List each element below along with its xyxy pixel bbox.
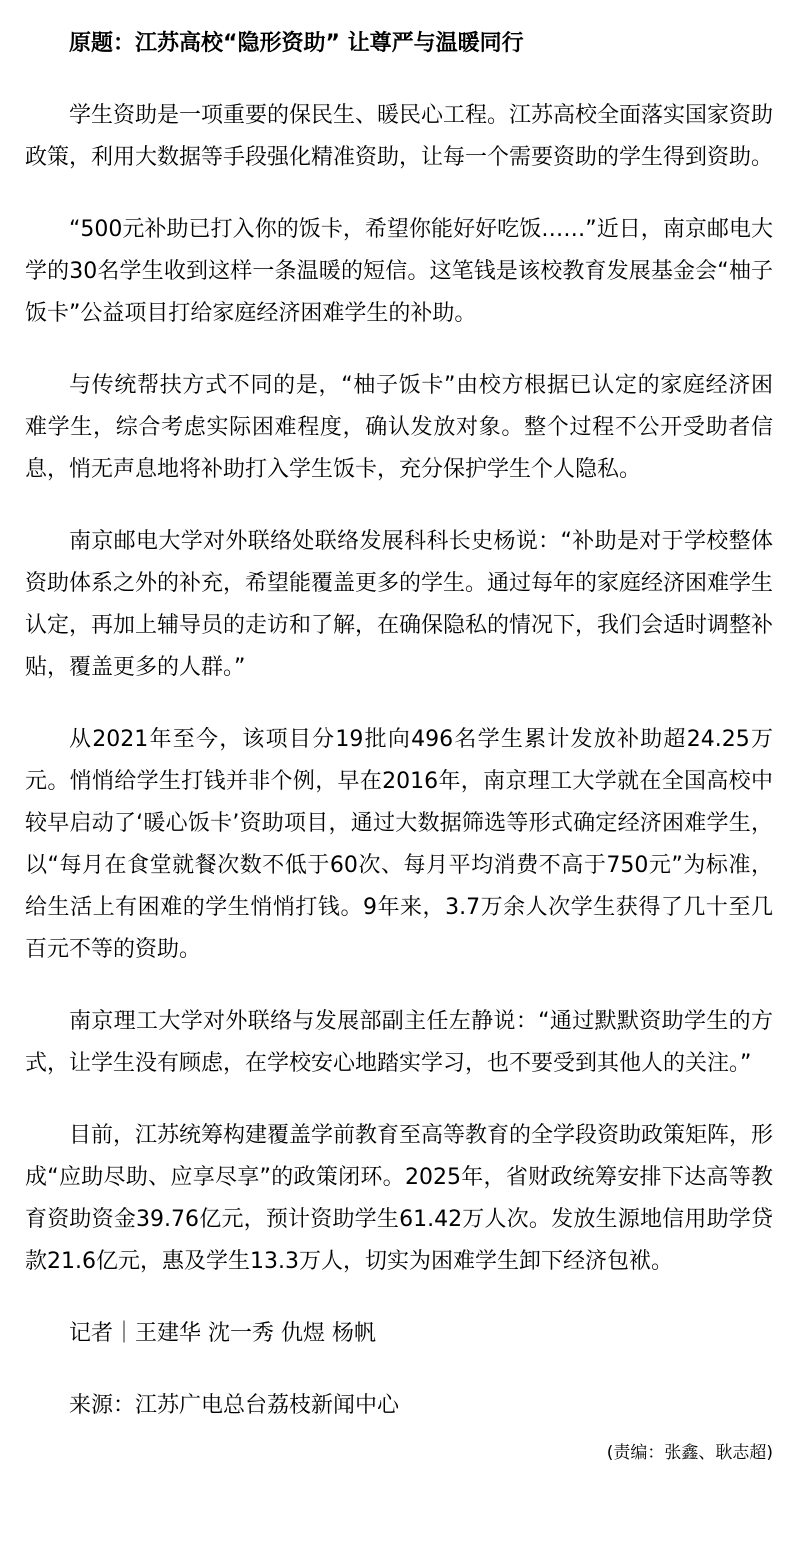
news-article: 原题：江苏高校“隐形资助” 让尊严与温暖同行 学生资助是一项重要的保民生、暖民心… [0,0,800,1465]
source-line: 来源：江苏广电总台荔枝新闻中心 [25,1385,773,1427]
article-paragraph: 目前，江苏统筹构建覆盖学前教育至高等教育的全学段资助政策矩阵，形成“应助尽助、应… [25,1115,773,1283]
editor-credit: (责编：张鑫、耿志超) [25,1441,773,1465]
article-title: 原题：江苏高校“隐形资助” 让尊严与温暖同行 [25,23,773,65]
article-paragraph: “500元补助已打入你的饭卡，希望你能好好吃饭……”近日，南京邮电大学的30名学… [25,209,773,335]
article-paragraph: 学生资助是一项重要的保民生、暖民心工程。江苏高校全面落实国家资助政策，利用大数据… [25,95,773,179]
reporter-byline: 记者｜王建华 沈一秀 仇煜 杨帆 [25,1313,773,1355]
article-paragraph: 与传统帮扶方式不同的是，“柚子饭卡”由校方根据已认定的家庭经济困难学生，综合考虑… [25,365,773,491]
article-paragraph: 南京邮电大学对外联络处联络发展科科长史杨说：“补助是对于学校整体资助体系之外的补… [25,521,773,689]
article-paragraph: 从2021年至今，该项目分19批向496名学生累计发放补助超24.25万元。悄悄… [25,719,773,971]
article-paragraph: 南京理工大学对外联络与发展部副主任左静说：“通过默默资助学生的方式，让学生没有顾… [25,1001,773,1085]
